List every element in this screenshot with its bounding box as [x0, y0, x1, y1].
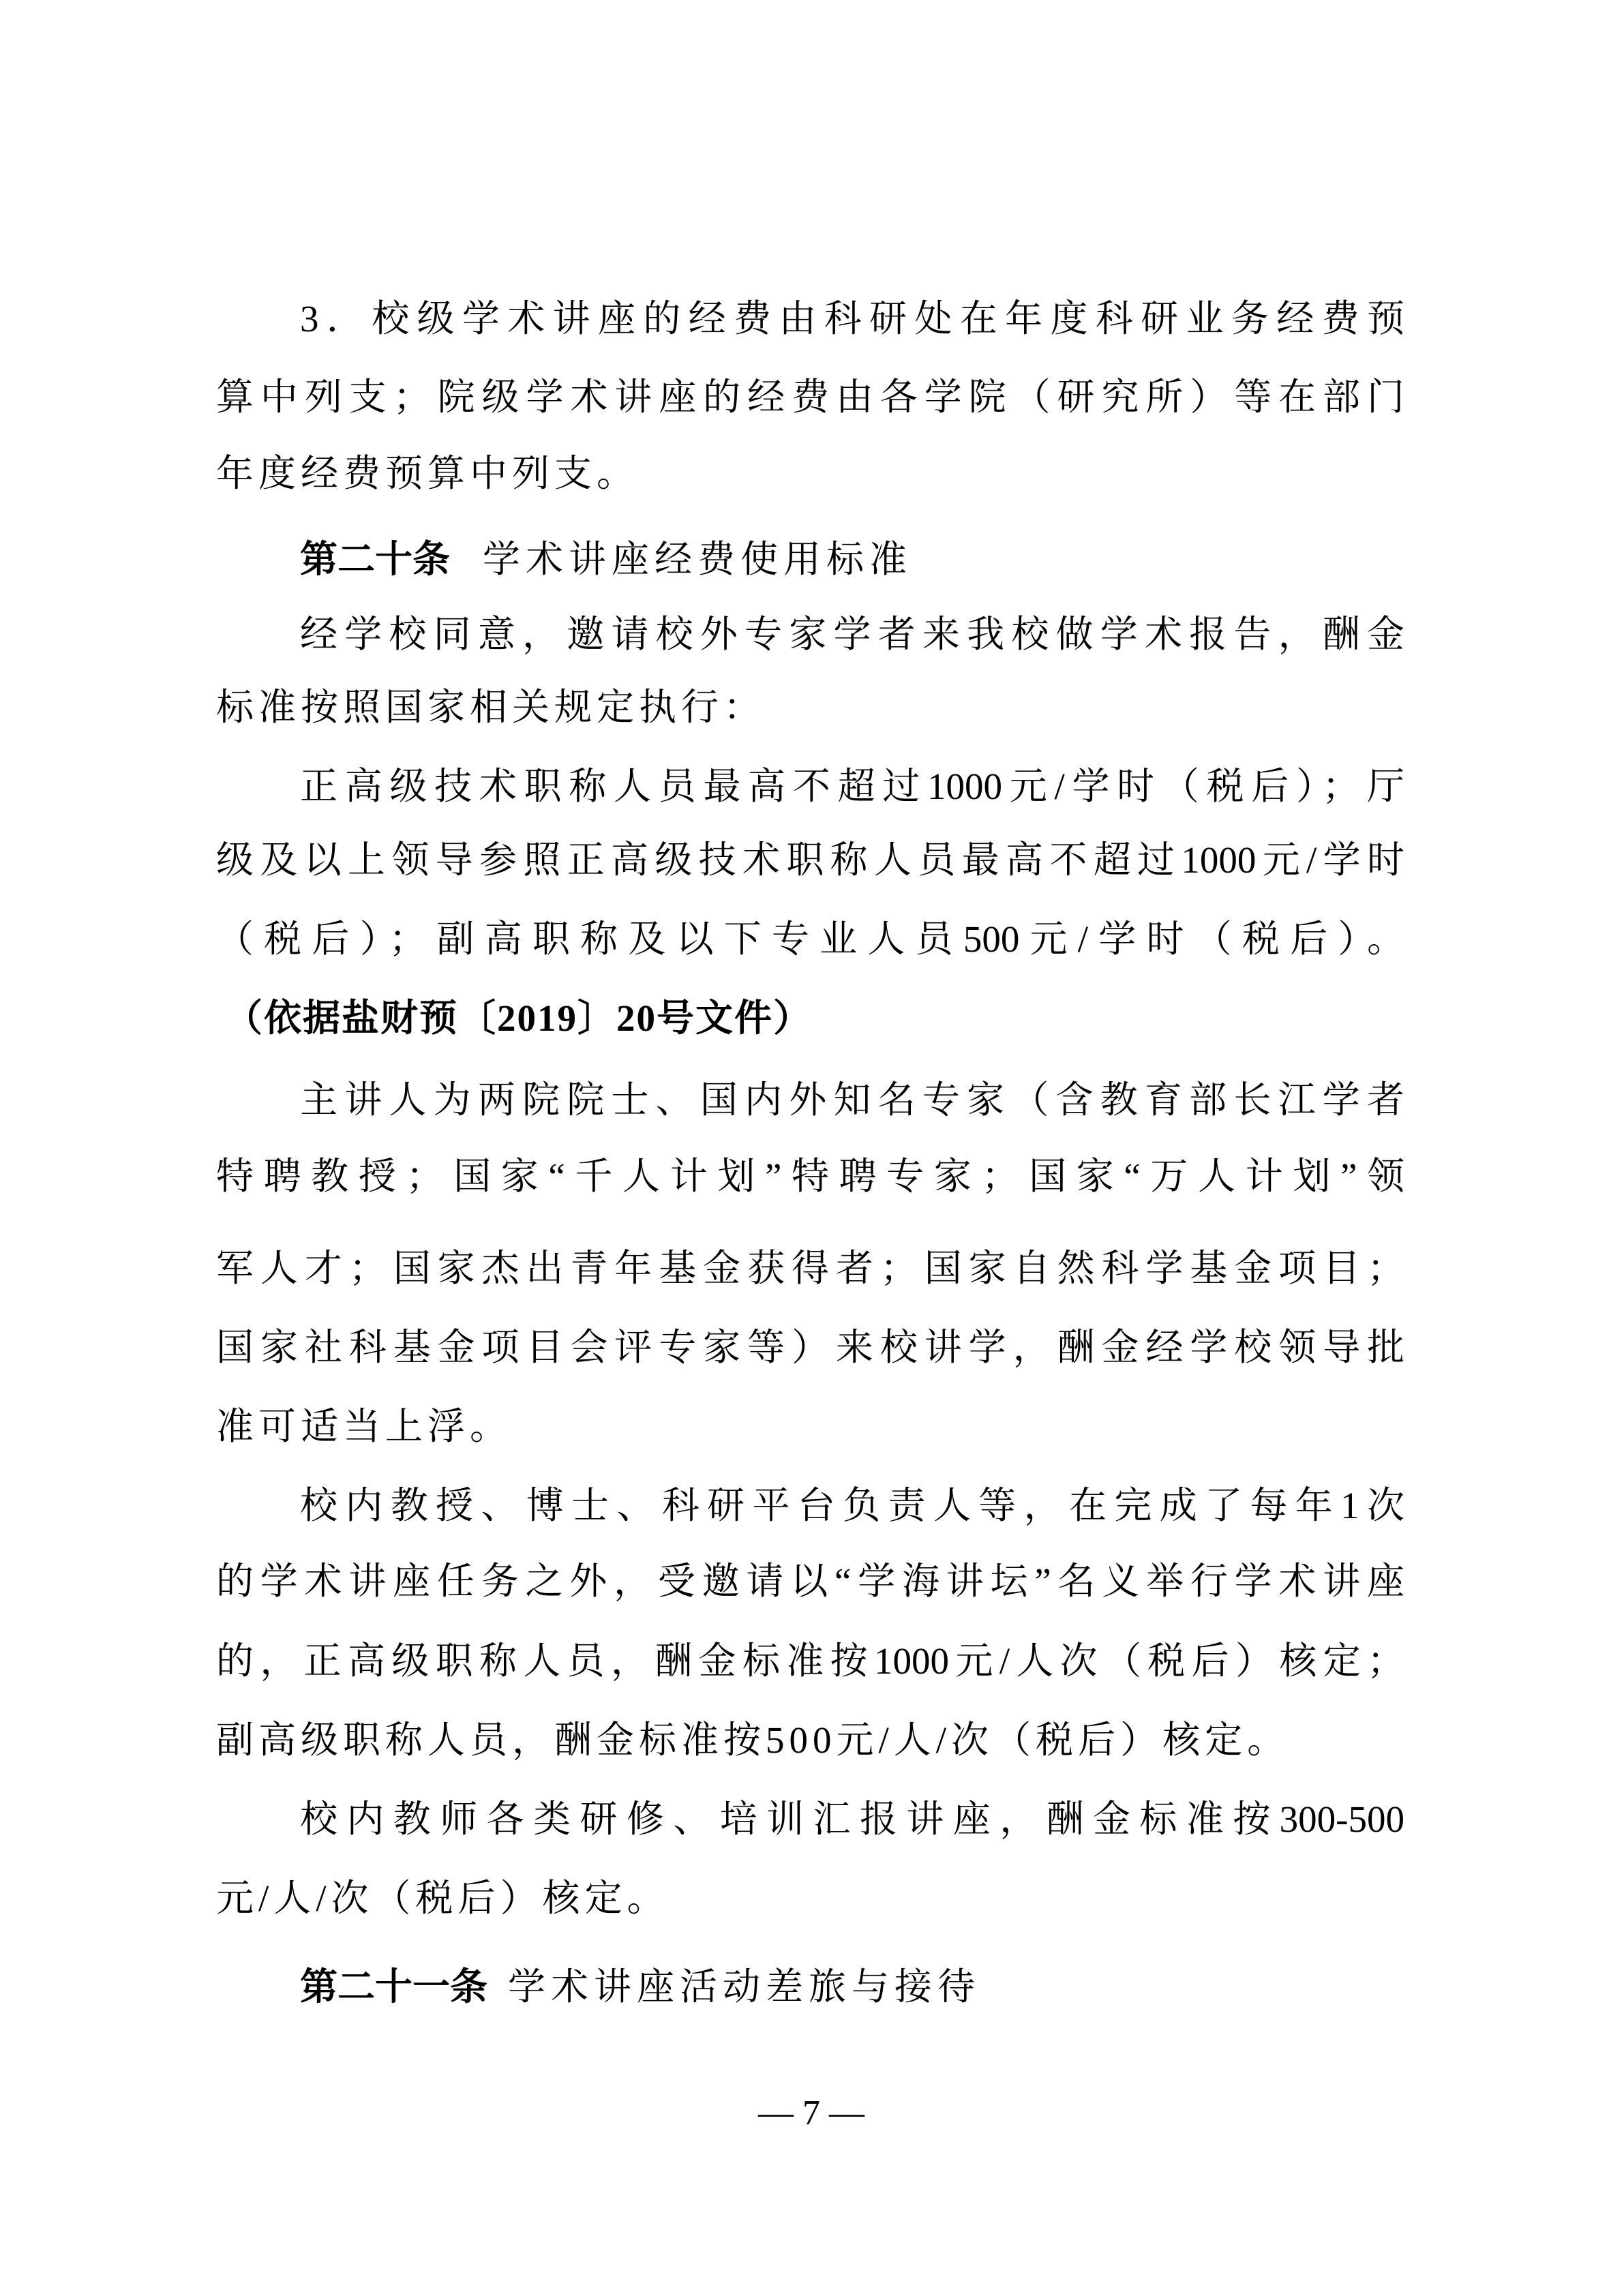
paragraph-internal-line-4: 副高级职称人员，酬金标准按500元/人/次（税后）核定。: [216, 1713, 1404, 1768]
paragraph-internal-line-1: 校内教授、博士、科研平台负责人等，在完成了每年1次: [300, 1479, 1404, 1533]
paragraph-speakers-line-2: 特聘教授；国家“千人计划”特聘专家；国家“万人计划”领: [216, 1149, 1404, 1204]
paragraph-standards-line-3: （税后）；副高职称及以下专业人员500元/学时（税后）。: [216, 912, 1404, 967]
paragraph-speakers-line-5: 准可适当上浮。: [216, 1400, 1404, 1454]
paragraph-item3-line-2: 算中列支；院级学术讲座的经费由各学院（研究所）等在部门: [216, 370, 1404, 425]
paragraph-training-line-1: 校内教师各类研修、培训汇报讲座，酬金标准按300-500: [300, 1792, 1404, 1847]
paragraph-basis: （依据盐财预〔2019〕20号文件）: [225, 991, 1413, 1046]
paragraph-speakers-line-4: 国家社科基金项目会评专家等）来校讲学，酬金经学校领导批: [216, 1320, 1404, 1375]
paragraph-speakers-line-3: 军人才；国家杰出青年基金获得者；国家自然科学基金项目；: [216, 1241, 1404, 1296]
article-20-heading: 第二十条学术讲座经费使用标准: [300, 532, 1404, 586]
paragraph-item3-line-3: 年度经费预算中列支。: [216, 447, 1404, 501]
document-page: 3．校级学术讲座的经费由科研处在年度科研业务经费预 算中列支；院级学术讲座的经费…: [0, 0, 1624, 2296]
article-20-title: 学术讲座经费使用标准: [483, 539, 912, 580]
article-21-title: 学术讲座活动差旅与接待: [508, 1966, 980, 2008]
paragraph-item3-line-1: 3．校级学术讲座的经费由科研处在年度科研业务经费预: [300, 292, 1404, 346]
paragraph-speakers-line-1: 主讲人为两院院士、国内外知名专家（含教育部长江学者: [300, 1073, 1404, 1128]
page-number: — 7 —: [743, 2086, 879, 2141]
paragraph-internal-line-2: 的学术讲座任务之外，受邀请以“学海讲坛”名义举行学术讲座: [216, 1554, 1404, 1609]
paragraph-internal-line-3: 的，正高级职称人员，酬金标准按1000元/人次（税后）核定；: [216, 1634, 1404, 1689]
paragraph-training-line-2: 元/人/次（税后）核定。: [216, 1871, 1404, 1926]
article-21-number: 第二十一条: [300, 1965, 487, 2008]
paragraph-standards-line-1: 正高级技术职称人员最高不超过1000元/学时（税后）；厅: [300, 759, 1404, 814]
paragraph-standards-line-2: 级及以上领导参照正高级技术职称人员最高不超过1000元/学时: [216, 833, 1404, 888]
paragraph-external-line-2: 标准按照国家相关规定执行：: [216, 680, 1404, 735]
paragraph-external-line-1: 经学校同意，邀请校外专家学者来我校做学术报告，酬金: [300, 607, 1404, 662]
article-20-number: 第二十条: [300, 537, 450, 581]
article-21-heading: 第二十一条学术讲座活动差旅与接待: [300, 1959, 1404, 2014]
